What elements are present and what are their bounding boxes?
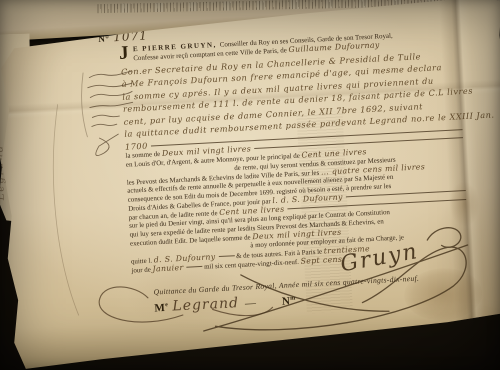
registrar-prefix: Me [154,302,169,315]
printed-text: jour de [131,266,152,275]
fill-rule [218,255,234,257]
handwritten-text: Sept cens [300,256,342,266]
document-body: J e Pierre Gruyn, Conseiller du Roy en s… [120,28,470,276]
document-sheet: N° 1071 J e Pierre Gruyn, Conseiller du … [0,0,500,370]
registrar-suffix: Nm [282,295,297,308]
dropcap-initial: J [119,43,130,65]
photo-of-document: Legrand N° 1071 J e Pierre Gruyn, Consei… [0,0,500,370]
handwritten-text: Januier [152,264,186,274]
registrar-dash: — [245,297,257,310]
fill-rule [186,266,202,268]
handwritten-text: 1700 [125,140,151,152]
printed-text: quitte l. [131,257,154,266]
